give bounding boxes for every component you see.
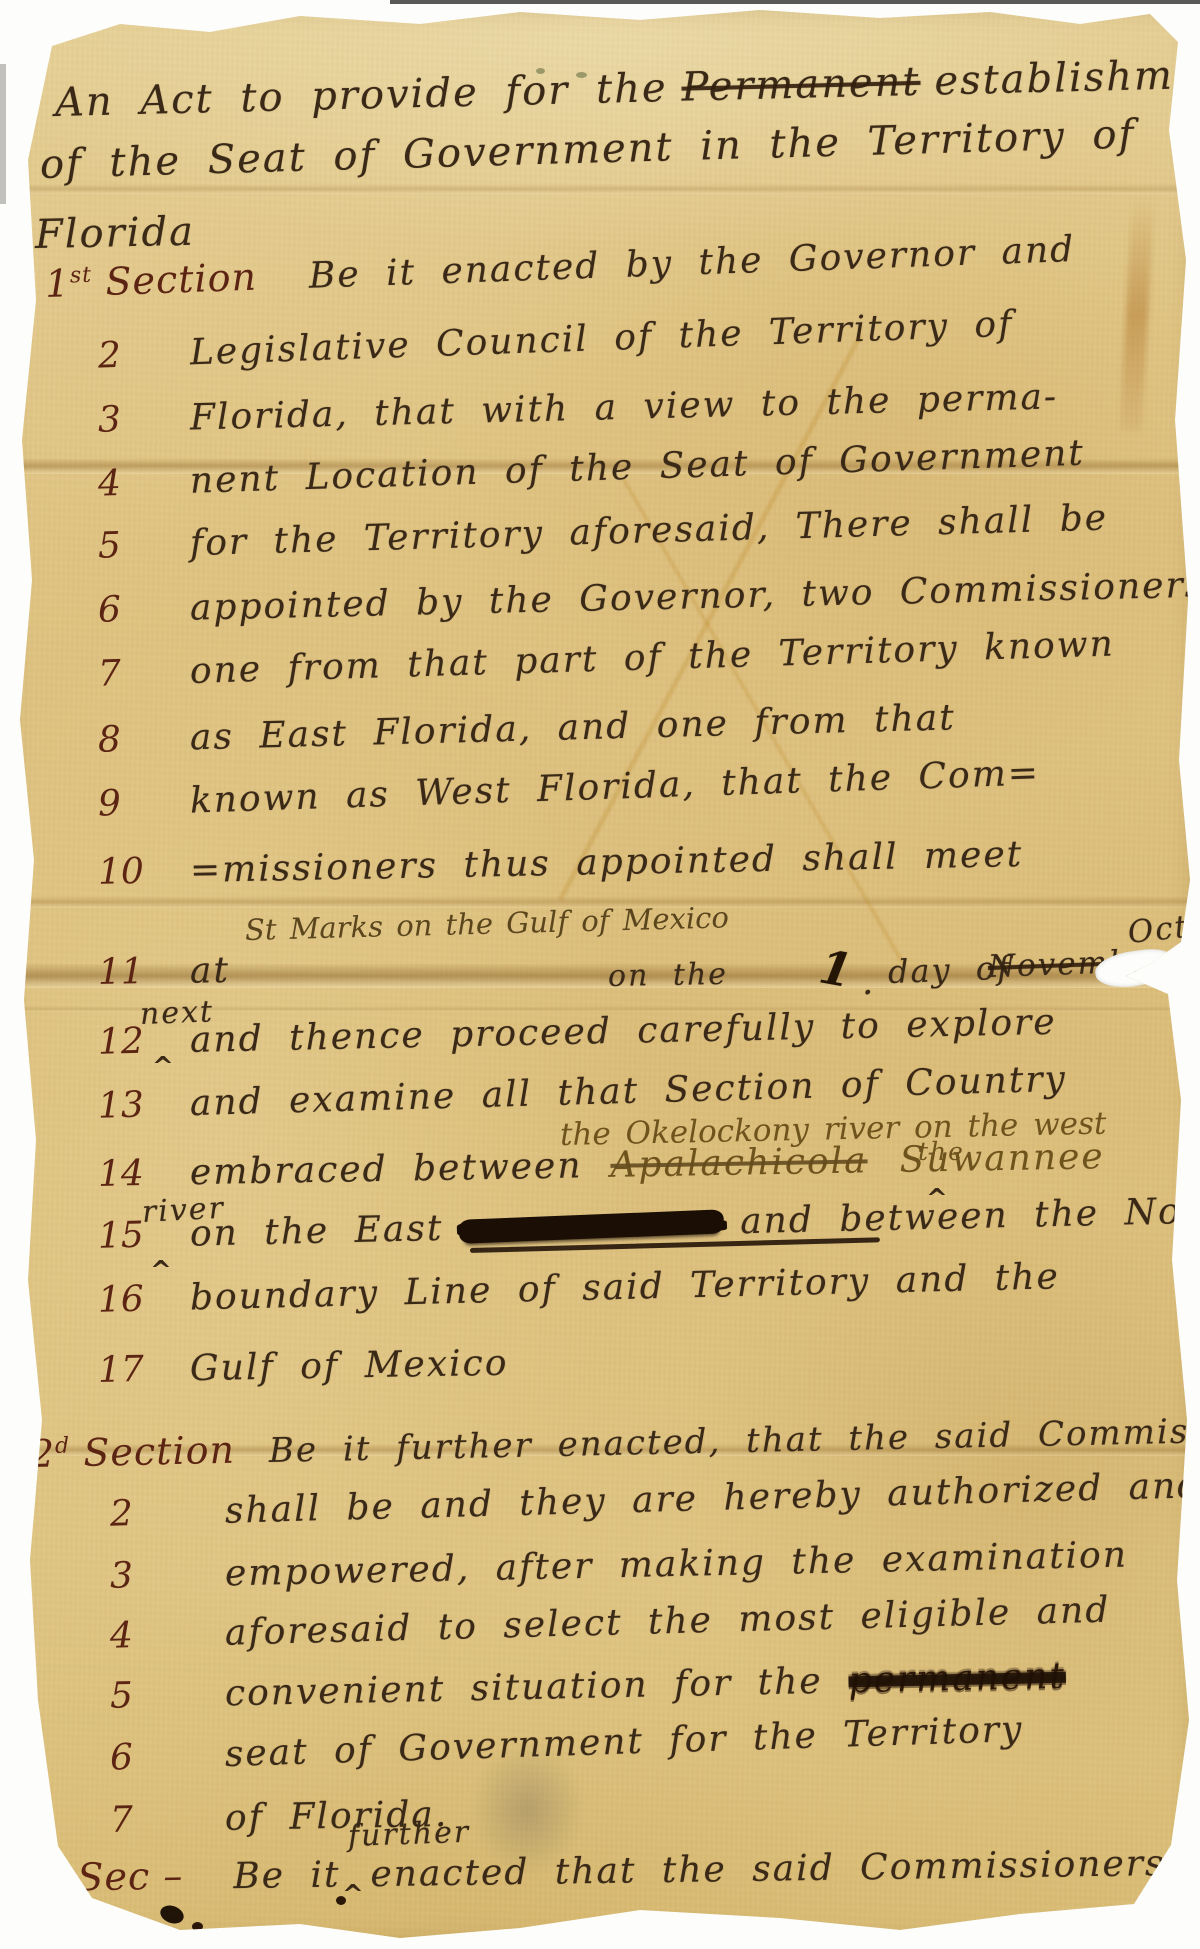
line-text: and thence proceed carefully to explore — [190, 1002, 1057, 1061]
line-number: 12 — [88, 1020, 191, 1063]
section-number: 2 — [30, 1431, 56, 1476]
line-text: Florida, that with a view to the perma- — [189, 376, 1058, 438]
inserted-day-number: 1 — [815, 940, 858, 998]
line-number: 6 — [99, 1734, 225, 1779]
manuscript-line: 6appointed by the Governor, two Commissi… — [88, 565, 1200, 632]
line-text: shall be and they are hereby authorized … — [224, 1465, 1200, 1532]
manuscript-line: 12and thence proceed carefully to explor… — [88, 1002, 1057, 1064]
section-ordinal: d — [49, 1858, 64, 1883]
insertion-text: St Marks on the Gulf of Mexico — [245, 900, 730, 947]
interlinear-insertion: further — [347, 1816, 470, 1855]
title-text: establishment — [934, 51, 1200, 105]
day-number: 1 — [815, 939, 858, 998]
title-text: of the Seat of Government in the Territo… — [39, 111, 1136, 188]
section-word: Section — [83, 1428, 235, 1475]
manuscript-line: 7one from that part of the Territory kno… — [87, 624, 1115, 696]
manuscript-line: 3empowered, after making the examination — [100, 1534, 1129, 1597]
line-text: Suwannee — [899, 1136, 1105, 1181]
line-text: Gulf of Mexico — [190, 1343, 509, 1390]
line-number: 5 — [100, 1673, 226, 1717]
section-number: 3 — [24, 1856, 50, 1900]
ink-blot — [158, 1902, 186, 1926]
line-number: 10 — [88, 850, 191, 893]
insertion-text: further — [347, 1815, 470, 1854]
line-number: 9 — [87, 781, 190, 825]
struck-word: Permanent — [681, 59, 921, 111]
line-number: 2 — [87, 332, 190, 377]
heading-text: Be it — [233, 1855, 341, 1897]
struck-word: permanent — [848, 1656, 1066, 1702]
manuscript-line: 4aforesaid to select the most eligible a… — [99, 1590, 1110, 1658]
line-number: 2 — [99, 1491, 225, 1535]
line-text: embraced between — [190, 1145, 583, 1193]
manuscript-line: 8as East Florida, and one from that — [87, 697, 956, 761]
interlinear-insertion: St Marks on the Gulf of Mexico — [245, 901, 730, 947]
dash-mark: – — [163, 1854, 184, 1898]
manuscript-line: 2shall be and they are hereby authorized… — [99, 1465, 1200, 1535]
line-number: 6 — [88, 588, 191, 631]
manuscript-line: 14embraced between Apalachicola Suwannee — [88, 1136, 1105, 1195]
manuscript-line: 2Legislative Council of the Territory of — [87, 304, 1014, 378]
heading-text: enacted that the said Commissioners — [370, 1843, 1166, 1895]
section-ordinal: d — [55, 1434, 71, 1459]
manuscript-line: 5for the Territory aforesaid, There shal… — [87, 498, 1108, 568]
heading-text: Be it enacted by the Governor and — [308, 229, 1076, 297]
scanner-edge-shadow — [0, 64, 6, 204]
section-heading: 2d Section Be it further enacted, that t… — [30, 1405, 1200, 1476]
section-number: 1 — [44, 261, 71, 306]
line-text: on the — [608, 957, 729, 994]
section-label: 3d Sec – — [24, 1854, 184, 1900]
title-text: Florida — [35, 209, 196, 258]
section-heading: 3d Sec – Be it enacted that the said Com… — [24, 1840, 1166, 1900]
line-number: 13 — [87, 1083, 190, 1127]
line-text: appointed by the Governor, two Commissio… — [190, 565, 1200, 629]
manuscript-page: An Act to provide for the Permanent esta… — [0, 0, 1200, 1949]
inked-out-text — [459, 1209, 725, 1244]
line-number: 11 — [88, 951, 191, 993]
line-text: aforesaid to select the most eligible an… — [224, 1590, 1110, 1654]
month-replacement: Oct. — [1126, 907, 1200, 950]
line-text: one from that part of the Territory know… — [189, 624, 1115, 692]
manuscript-line: 6seat of Government for the Territory — [99, 1709, 1024, 1779]
line-number: 15 — [88, 1214, 191, 1257]
line-number: 5 — [87, 523, 190, 567]
interlinear-insertion: Oct. — [1126, 908, 1200, 951]
line-text: seat of Government for the Territory — [224, 1709, 1024, 1775]
line-text: nent Location of the Seat of Government — [189, 433, 1085, 502]
line-text: . — [862, 962, 875, 1003]
struck-word: Apalachicola — [610, 1140, 868, 1185]
heading-text: Be it further enacted, that the said Com… — [269, 1409, 1200, 1471]
manuscript-title-line: Florida — [35, 209, 196, 258]
line-number: 14 — [88, 1152, 191, 1195]
line-text: on the — [608, 958, 729, 995]
line-text: empowered, after making the examination — [225, 1534, 1129, 1594]
section-word: Sec — [77, 1854, 150, 1899]
stain-green — [182, 10, 230, 21]
title-text: An Act to provide for the — [54, 65, 668, 126]
line-text: as East Florida, and one from that — [189, 697, 956, 758]
line-text: for the Territory aforesaid, There shall… — [189, 498, 1108, 565]
section-label: 2d Section — [30, 1428, 236, 1476]
line-text: known as West Florida, that the Com= — [189, 752, 1040, 821]
manuscript-line: 10=missioners thus appointed shall meet — [88, 834, 1024, 893]
line-number: 3 — [87, 398, 190, 441]
section-label: 1st Section — [44, 255, 257, 306]
manuscript-line: 16boundary Line of said Territory and th… — [87, 1256, 1060, 1321]
line-number: 7 — [100, 1798, 226, 1841]
manuscript-line: 17Gulf of Mexico — [88, 1343, 509, 1392]
manuscript-line: 5convenient situation for the permanent — [100, 1656, 1067, 1718]
scan-background: An Act to provide for the Permanent esta… — [0, 0, 1200, 1949]
line-text: boundary Line of said Territory and the — [189, 1256, 1060, 1318]
manuscript-line: 4nent Location of the Seat of Government — [87, 433, 1085, 506]
line-number: 16 — [87, 1278, 190, 1321]
line-text: and between the Northern — [740, 1188, 1200, 1242]
line-text: convenient situation for the — [225, 1661, 823, 1715]
line-number: 3 — [100, 1553, 226, 1597]
manuscript-title-line: of the Seat of Government in the Territo… — [39, 111, 1136, 188]
line-text: Legislative Council of the Territory of — [189, 304, 1014, 374]
manuscript-line: 3Florida, that with a view to the perma- — [87, 376, 1058, 441]
stain-rust-streak — [1120, 196, 1154, 432]
section-heading: 1st Section Be it enacted by the Governo… — [44, 226, 1076, 306]
line-text: on the East — [190, 1208, 444, 1255]
scanner-edge-line — [390, 0, 1200, 4]
section-word: Section — [105, 255, 258, 304]
section-ordinal: st — [69, 263, 92, 289]
manuscript-line: 9known as West Florida, that the Com= — [87, 752, 1040, 825]
line-number: 7 — [87, 651, 190, 695]
line-text: =missioners thus appointed shall meet — [190, 834, 1024, 891]
ink-blot — [192, 1922, 203, 1931]
line-number: 17 — [88, 1348, 191, 1391]
line-number: 4 — [99, 1613, 225, 1657]
manuscript-line: 11at — [88, 950, 231, 993]
line-text: at — [190, 950, 231, 992]
line-number: 4 — [87, 461, 190, 505]
punctuation: . — [862, 962, 875, 1003]
fold-crease — [0, 184, 1200, 194]
line-number: 8 — [87, 717, 190, 761]
